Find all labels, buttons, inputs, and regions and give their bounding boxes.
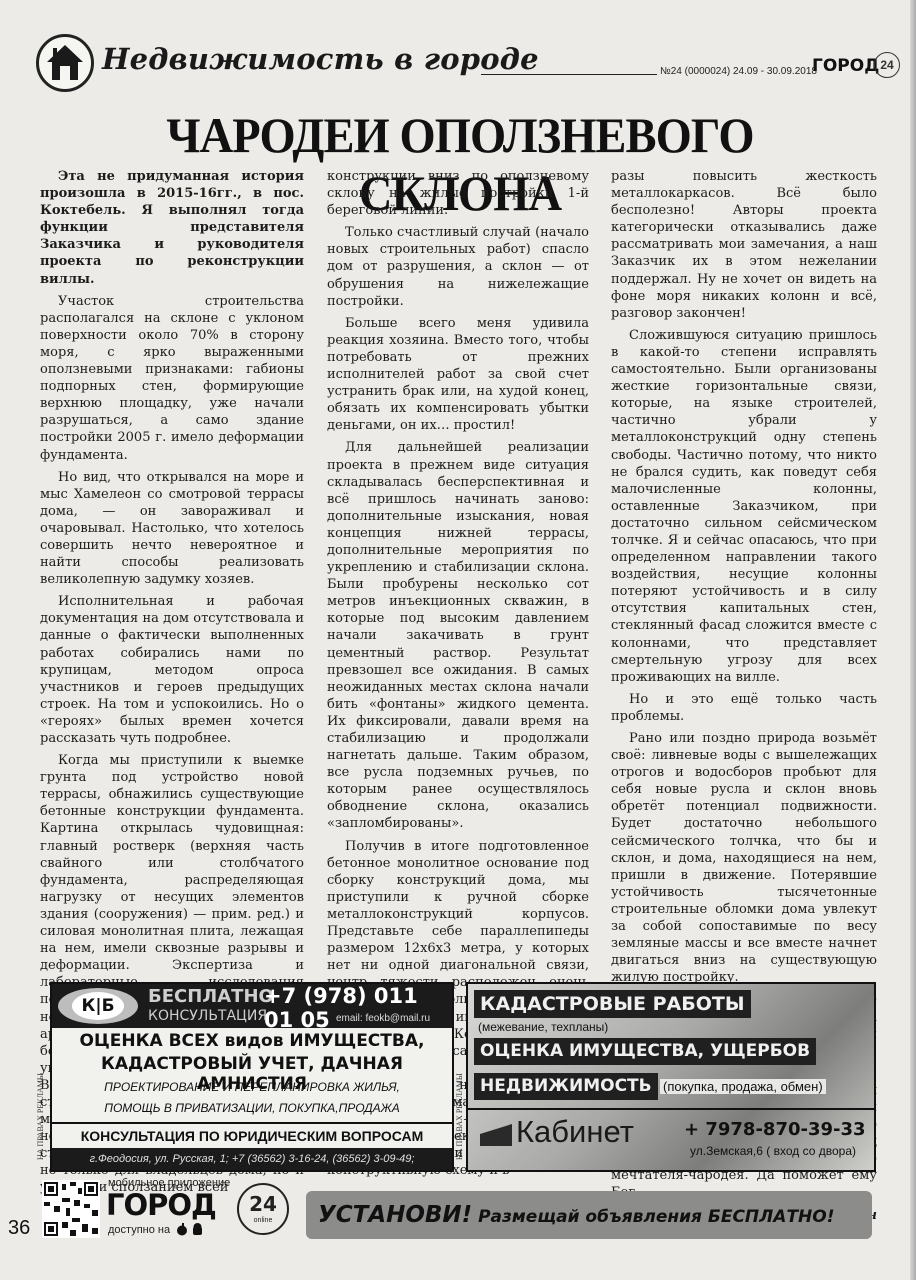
newspaper-page: Недвижимость в городе №24 (0000024) 24.0… — [0, 0, 916, 1280]
kb-logo-text: К|Б — [72, 992, 124, 1020]
kabinet-sub-cadastral: (межевание, техпланы) — [478, 1020, 608, 1034]
app-available-label: доступно на — [108, 1224, 170, 1236]
section-title: Недвижимость в городе — [102, 42, 539, 76]
kabinet-logo-icon — [480, 1124, 512, 1146]
paragraph: Только счастливый случай (начало новых с… — [327, 224, 589, 309]
advertising-note: НА ПРАВАХ РЕКЛАМЫ — [36, 1073, 45, 1160]
header-rule — [481, 74, 657, 75]
kb-address: г.Феодосия, ул. Русская, 1; +7 (36562) 3… — [52, 1148, 452, 1170]
kb-logo: К|Б — [58, 988, 138, 1024]
banner-free-ads: Размещай объявления БЕСПЛАТНО! — [472, 1207, 834, 1227]
paragraph: Но и это ещё только часть проблемы. — [611, 691, 877, 725]
article-lead: Эта не придуманная история произошла в 2… — [40, 168, 304, 288]
kb-line-5: КОНСУЛЬТАЦИЯ ПО ЮРИДИЧЕСКИМ ВОПРОСАМ — [52, 1122, 452, 1148]
kabinet-heading-realty: НЕДВИЖИМОСТЬ — [474, 1073, 658, 1100]
paragraph: Исполнительная и рабочая документация на… — [40, 593, 304, 747]
paragraph: конструкции вниз по оползневому склону н… — [327, 168, 589, 219]
install-app-banner: УСТАНОВИ! Размещай объявления БЕСПЛАТНО! — [306, 1191, 872, 1239]
app-number: 24 — [239, 1191, 287, 1217]
kabinet-heading-valuation: ОЦЕНКА ИМУЩЕСТВА, УЩЕРБОВ — [474, 1038, 816, 1065]
kabinet-heading-cadastral: КАДАСТРОВЫЕ РАБОТЫ — [474, 990, 751, 1018]
page-edge-shadow — [910, 0, 916, 1280]
kb-line-1: ОЦЕНКА ВСЕХ видов ИМУЩЕСТВА, — [52, 1031, 452, 1051]
paragraph: Для дальнейшей реализации проекта в преж… — [327, 439, 589, 832]
house-icon — [36, 34, 94, 92]
paragraph: Больше всего меня удивила реакция хозяин… — [327, 315, 589, 435]
advertising-note: НА ПРАВАХ РЕКЛАМЫ — [455, 1073, 464, 1160]
kb-free-label: БЕСПЛАТНО — [148, 986, 274, 1007]
divider — [468, 1108, 874, 1110]
paragraph: Сложившуюся ситуацию пришлось в какой-то… — [611, 327, 877, 686]
app-online-label: online — [239, 1217, 287, 1225]
brand-logo: ГОРОД — [812, 56, 879, 76]
app-logo-circle: 24 online — [237, 1183, 289, 1235]
kb-line-3: ПРОЕКТИРОВАНИЕ И ПЕРЕПЛАНИРОВКА ЖИЛЬЯ, — [52, 1080, 452, 1094]
kabinet-phone: + 7978-870-39-33 — [684, 1119, 866, 1140]
qr-code-icon — [42, 1180, 100, 1238]
paragraph: разы повысить жесткость металлокаркасов.… — [611, 168, 877, 322]
kb-advertisement: К|Б БЕСПЛАТНО +7 (978) 011 01 05 КОНСУЛЬ… — [50, 982, 454, 1172]
paragraph: Но вид, что открывался на море и мыс Хам… — [40, 469, 304, 589]
kb-consult-label: КОНСУЛЬТАЦИЯ — [148, 1008, 267, 1024]
kb-line-4: ПОМОЩЬ В ПРИВАТИЗАЦИИ, ПОКУПКА,ПРОДАЖА — [52, 1101, 452, 1115]
kabinet-name: Кабинет — [516, 1114, 634, 1150]
section-header: Недвижимость в городе №24 (0000024) 24.0… — [36, 32, 892, 94]
kb-email: email: feokb@mail.ru — [336, 1013, 430, 1024]
brand-number: 24 — [874, 52, 900, 78]
paragraph: Участок строительства располагался на ск… — [40, 293, 304, 464]
kabinet-sub-realty: (покупка, продажа, обмен) — [660, 1079, 826, 1094]
kabinet-address: ул.Земская,6 ( вход со двора) — [690, 1144, 856, 1158]
issue-info: №24 (0000024) 24.09 - 30.09.2018 — [660, 66, 817, 77]
paragraph: Рано или поздно природа возьмёт своё: ли… — [611, 730, 877, 986]
page-number: 36 — [8, 1217, 30, 1240]
kb-ad-topbar: К|Б БЕСПЛАТНО +7 (978) 011 01 05 КОНСУЛЬ… — [52, 984, 452, 1028]
kabinet-advertisement: КАДАСТРОВЫЕ РАБОТЫ (межевание, техпланы)… — [466, 982, 876, 1172]
banner-install: УСТАНОВИ! — [318, 1202, 472, 1228]
apple-android-icons — [176, 1223, 204, 1236]
kb-phone: +7 (978) 011 01 05 — [264, 984, 452, 1032]
app-brand: ГОРОД — [106, 1188, 216, 1222]
